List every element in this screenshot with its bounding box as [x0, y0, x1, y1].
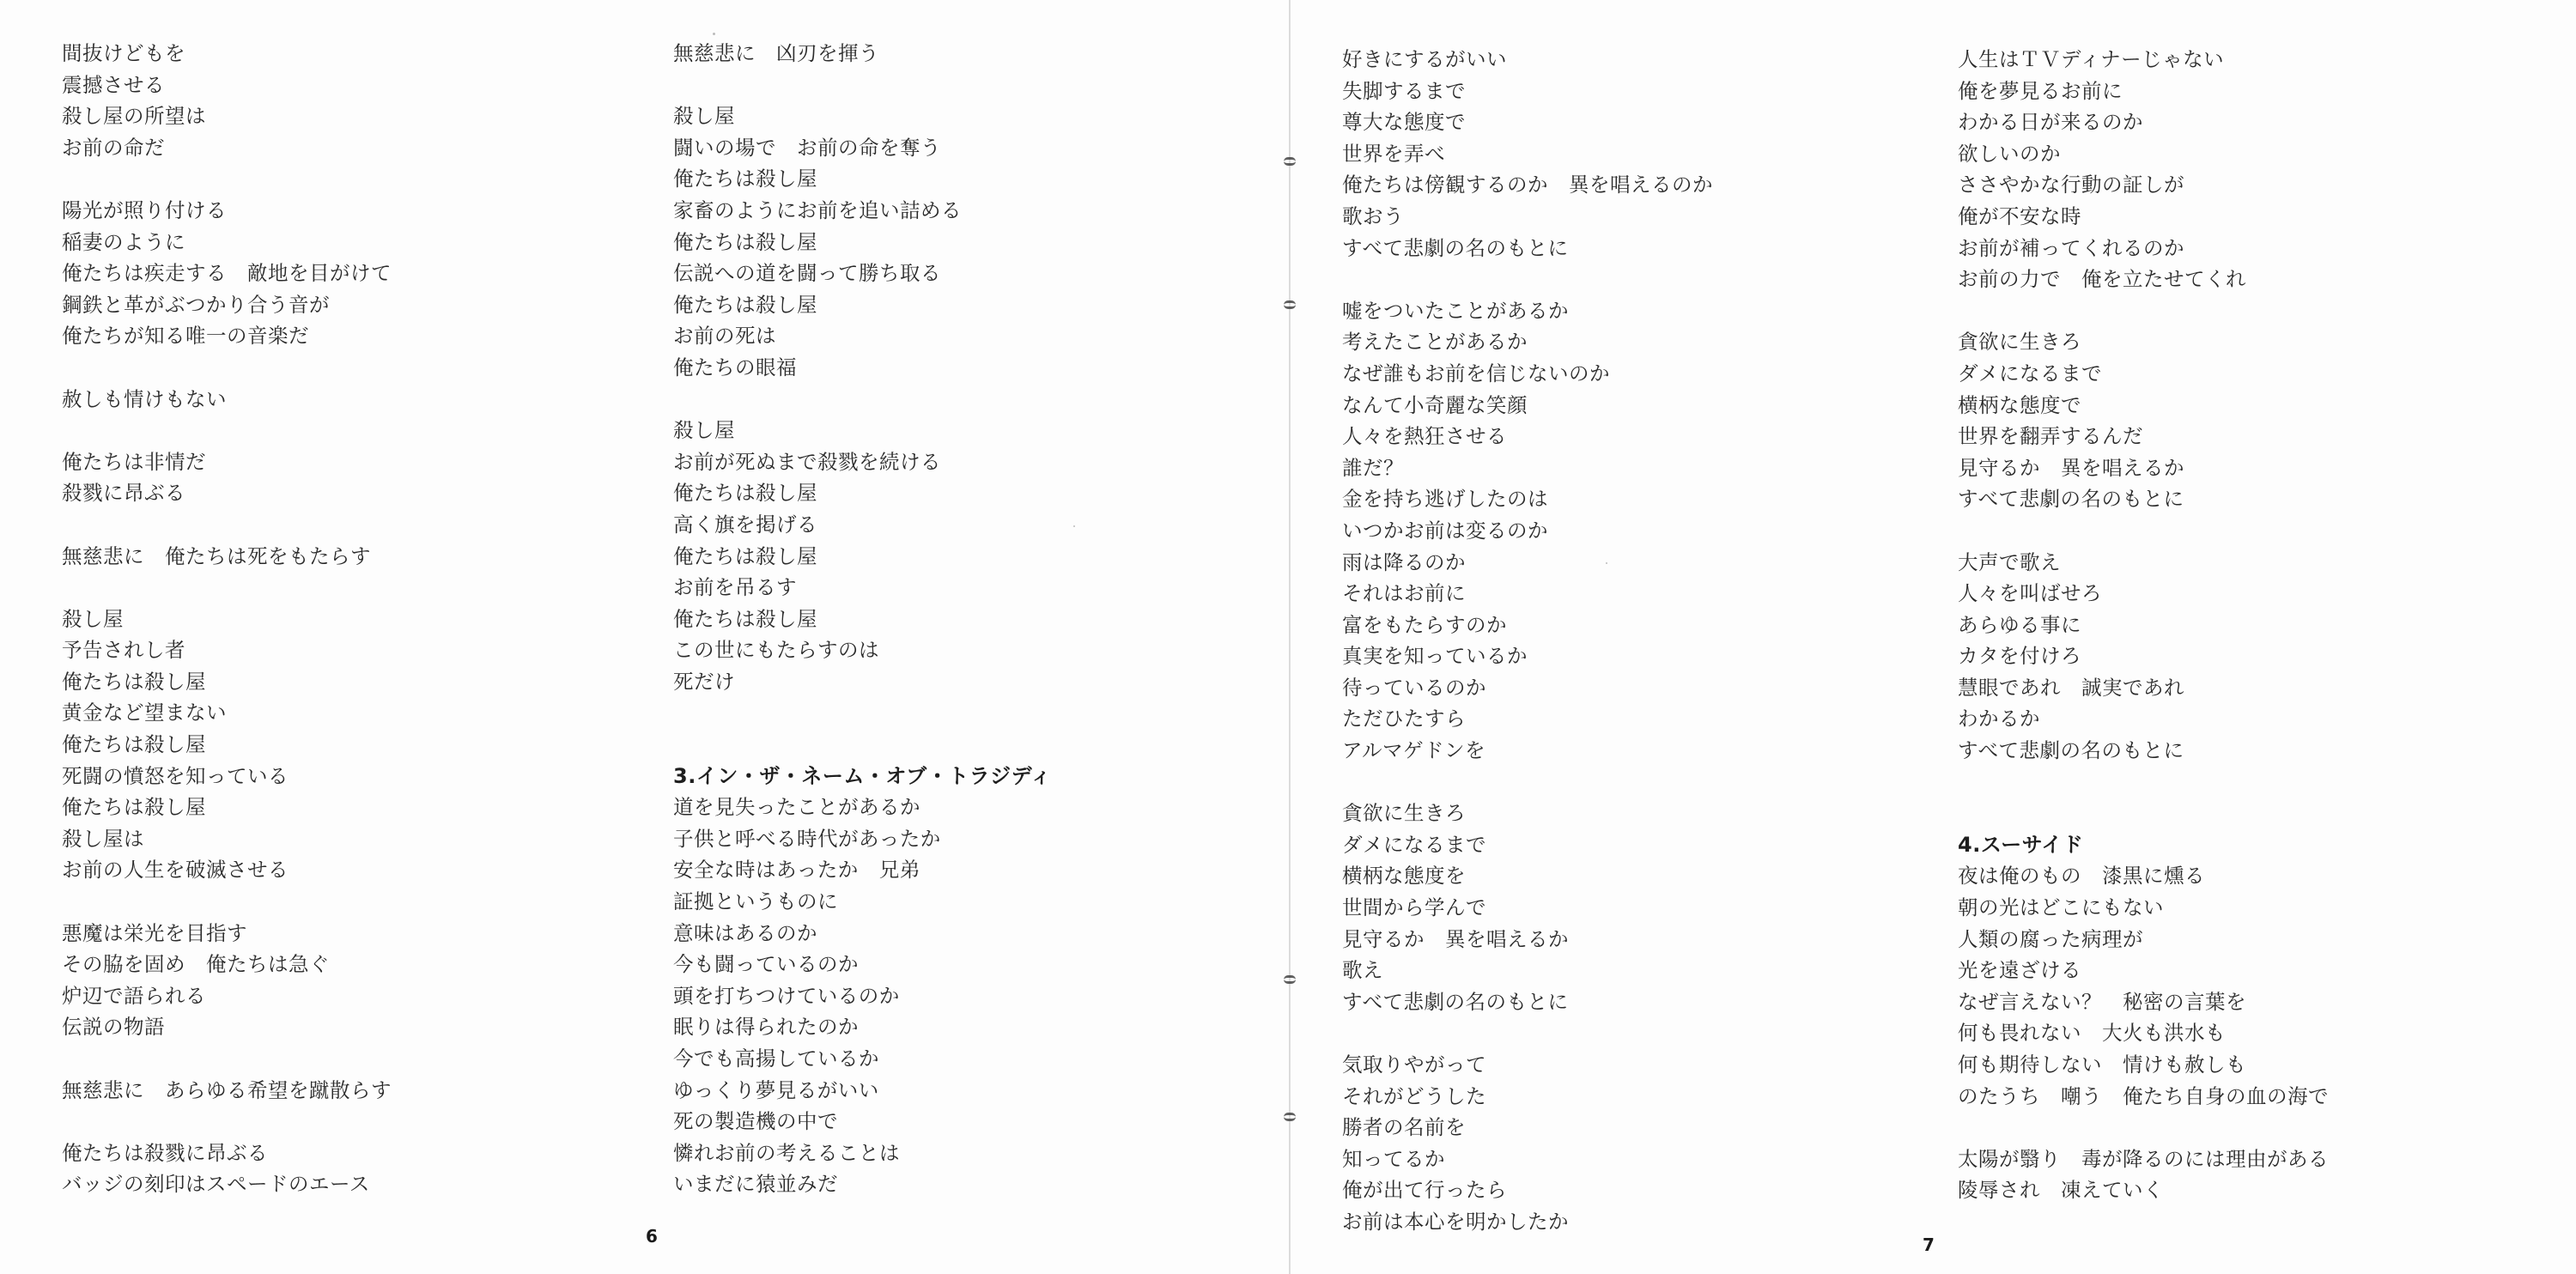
lyric-line: 貪欲に生きろ: [1958, 326, 2329, 358]
lyric-line: 尊大な態度で: [1342, 106, 1713, 138]
lyric-line: 殺し屋: [673, 100, 1052, 132]
lyric-line: 世界を翻弄するんだ: [1958, 421, 2329, 452]
lyric-line: 何も期待しない 情けも赦しも: [1958, 1049, 2329, 1081]
page-number: 6: [646, 1226, 658, 1247]
lyric-line: 間抜けどもを: [62, 38, 392, 70]
lyric-line: 道を見失ったことがあるか: [673, 792, 1052, 823]
lyric-line: 俺たちは非情だ: [62, 446, 392, 478]
staple-icon: [1284, 975, 1296, 984]
lyric-line: 欲しいのか: [1958, 138, 2329, 170]
lyric-line: お前は本心を明かしたか: [1342, 1206, 1713, 1238]
print-speck: [713, 33, 715, 35]
lyric-line: お前が死ぬまで殺戮を続ける: [673, 446, 1052, 478]
staple-icon: [1284, 1113, 1296, 1121]
lyric-line: 頭を打ちつけているのか: [673, 980, 1052, 1012]
lyric-line: 待っているのか: [1342, 672, 1713, 704]
lyric-line: 歌え: [1342, 955, 1713, 986]
lyric-line: 震撼させる: [62, 70, 392, 101]
lyric-line: 歌おう: [1342, 201, 1713, 233]
lyrics-column-1: 間抜けどもを 震撼させる 殺し屋の所望は お前の命だ 陽光が照り付ける 稲妻のよ…: [62, 38, 392, 1200]
lyric-line: 失脚するまで: [1342, 76, 1713, 107]
lyric-line: 殺し屋: [62, 604, 392, 635]
lyric-line: 赦しも情けもない: [62, 384, 392, 416]
page-number: 7: [1923, 1235, 1935, 1255]
lyric-line: 雨は降るのか: [1342, 547, 1713, 579]
lyric-line: 横柄な態度で: [1958, 390, 2329, 422]
lyric-line: 人々を叫ばせろ: [1958, 578, 2329, 610]
song-title-3: 3.イン・ザ・ネーム・オブ・トラジディ: [673, 761, 1052, 792]
lyric-line: 夜は俺のもの 漆黒に燻る: [1958, 860, 2329, 892]
lyric-line: 俺たちは殺し屋: [673, 477, 1052, 509]
lyric-line: 俺たちは殺し屋: [673, 163, 1052, 195]
lyric-line: 人生はＴＶディナーじゃない: [1958, 44, 2329, 76]
lyric-line: 俺たちは殺し屋: [673, 289, 1052, 321]
lyric-line: 何も畏れない 大火も洪水も: [1958, 1017, 2329, 1049]
lyric-line: 殺し屋の所望は: [62, 100, 392, 132]
lyric-line: いまだに猿並みだ: [673, 1168, 1052, 1200]
lyric-line: アルマゲドンを: [1342, 735, 1713, 767]
lyrics-column-3: 好きにするがいい 失脚するまで 尊大な態度で 世界を弄べ 俺たちは傍観するのか …: [1342, 44, 1713, 1238]
lyric-line: 人々を熱狂させる: [1342, 421, 1713, 452]
lyric-line: 嘘をついたことがあるか: [1342, 295, 1713, 327]
lyric-line: 慧眼であれ 誠実であれ: [1958, 672, 2329, 704]
lyric-line: お前が補ってくれるのか: [1958, 233, 2329, 264]
lyric-line: 俺が出て行ったら: [1342, 1174, 1713, 1206]
lyric-line: ダメになるまで: [1958, 358, 2329, 390]
lyric-line: のたうち 嘲う 俺たち自身の血の海で: [1958, 1081, 2329, 1113]
lyric-line: その脇を固め 俺たちは急ぐ: [62, 949, 392, 980]
lyric-line: 俺たちの眼福: [673, 352, 1052, 384]
print-speck: [1606, 562, 1607, 564]
lyric-line: すべて悲劇の名のもとに: [1958, 735, 2329, 767]
lyric-line: 横柄な態度を: [1342, 860, 1713, 892]
lyric-line: なぜ言えない？ 秘密の言葉を: [1958, 986, 2329, 1018]
lyric-line: 死闘の憤怒を知っている: [62, 761, 392, 792]
lyrics-column-4: 人生はＴＶディナーじゃない 俺を夢見るお前に わかる日が来るのか 欲しいのか さ…: [1958, 44, 2329, 1206]
lyric-line: それはお前に: [1342, 578, 1713, 610]
lyric-line: バッジの刻印はスペードのエース: [62, 1168, 392, 1200]
lyric-line: 高く旗を掲げる: [673, 509, 1052, 541]
lyric-line: 炉辺で語られる: [62, 980, 392, 1012]
lyric-line: それがどうした: [1342, 1081, 1713, 1113]
lyric-line: 家畜のようにお前を追い詰める: [673, 195, 1052, 227]
print-speck: [1073, 525, 1075, 527]
lyric-line: 知ってるか: [1342, 1144, 1713, 1175]
lyric-line: すべて悲劇の名のもとに: [1342, 986, 1713, 1018]
lyric-line: 世間から学んで: [1342, 892, 1713, 924]
lyric-line: 闘いの場で お前の命を奪う: [673, 132, 1052, 164]
lyric-line: 死だけ: [673, 666, 1052, 698]
lyric-line: お前の死は: [673, 320, 1052, 352]
song-title-4: 4.スーサイド: [1958, 829, 2329, 861]
lyric-line: 悪魔は栄光を目指す: [62, 918, 392, 949]
lyric-line: お前の力で 俺を立たせてくれ: [1958, 264, 2329, 295]
lyric-line: なぜ誰もお前を信じないのか: [1342, 358, 1713, 390]
lyric-line: 大声で歌え: [1958, 547, 2329, 579]
lyric-line: 俺たちは殺し屋: [62, 729, 392, 761]
lyric-line: 今でも高揚しているか: [673, 1043, 1052, 1075]
lyric-line: 陽光が照り付ける: [62, 195, 392, 227]
lyric-line: 黄金など望まない: [62, 697, 392, 729]
lyric-line: 俺たちは殺戮に昂ぶる: [62, 1137, 392, 1169]
lyric-line: お前を吊るす: [673, 572, 1052, 604]
lyric-line: 気取りやがって: [1342, 1049, 1713, 1081]
lyric-line: 勝者の名前を: [1342, 1112, 1713, 1144]
lyric-line: この世にもたらすのは: [673, 634, 1052, 666]
lyric-line: 俺たちが知る唯一の音楽だ: [62, 320, 392, 352]
lyric-line: 殺し屋: [673, 415, 1052, 446]
lyric-line: 伝説の物語: [62, 1011, 392, 1043]
staple-icon: [1284, 157, 1296, 166]
lyric-line: 好きにするがいい: [1342, 44, 1713, 76]
lyric-line: なんて小奇麗な笑顔: [1342, 390, 1713, 422]
lyric-line: 鋼鉄と革がぶつかり合う音が: [62, 289, 392, 321]
lyric-line: ただひたすら: [1342, 703, 1713, 735]
lyric-line: 伝説への道を闘って勝ち取る: [673, 258, 1052, 289]
lyric-line: 安全な時はあったか 兄弟: [673, 854, 1052, 886]
lyric-line: 俺たちは殺し屋: [673, 227, 1052, 258]
lyric-line: 俺たちは殺し屋: [673, 604, 1052, 635]
lyric-line: 俺が不安な時: [1958, 201, 2329, 233]
lyric-line: 意味はあるのか: [673, 918, 1052, 949]
lyric-line: 子供と呼べる時代があったか: [673, 823, 1052, 855]
lyric-line: 人類の腐った病理が: [1958, 924, 2329, 955]
lyric-line: 死の製造機の中で: [673, 1106, 1052, 1137]
lyric-line: 富をもたらすのか: [1342, 610, 1713, 641]
lyric-line: ゆっくり夢見るがいい: [673, 1075, 1052, 1107]
lyric-line: 金を持ち逃げしたのは: [1342, 483, 1713, 515]
lyric-line: ダメになるまで: [1342, 829, 1713, 861]
lyric-line: わかるか: [1958, 703, 2329, 735]
lyric-line: 稲妻のように: [62, 227, 392, 258]
lyric-line: 陵辱され 凍えていく: [1958, 1174, 2329, 1206]
lyric-line: 光を遠ざける: [1958, 955, 2329, 986]
lyric-line: 考えたことがあるか: [1342, 326, 1713, 358]
lyric-line: あらゆる事に: [1958, 610, 2329, 641]
lyrics-column-2: 無慈悲に 凶刃を揮う 殺し屋 闘いの場で お前の命を奪う 俺たちは殺し屋 家畜の…: [673, 38, 1052, 1200]
lyric-line: 殺戮に昂ぶる: [62, 477, 392, 509]
lyric-line: 世界を弄べ: [1342, 138, 1713, 170]
lyric-line: 俺たちは殺し屋: [673, 541, 1052, 573]
lyric-line: 今も闘っているのか: [673, 949, 1052, 980]
lyric-line: お前の命だ: [62, 132, 392, 164]
lyric-line: 殺し屋は: [62, 823, 392, 855]
lyric-line: 俺たちは殺し屋: [62, 666, 392, 698]
lyric-line: 証拠というものに: [673, 886, 1052, 918]
center-fold: [1289, 0, 1291, 1274]
lyric-line: 俺たちは疾走する 敵地を目がけて: [62, 258, 392, 289]
lyric-line: 俺たちは傍観するのか 異を唱えるのか: [1342, 169, 1713, 201]
lyric-line: 見守るか 異を唱えるか: [1342, 924, 1713, 955]
lyric-line: 太陽が翳り 毒が降るのには理由がある: [1958, 1144, 2329, 1175]
lyric-line: 眠りは得られたのか: [673, 1011, 1052, 1043]
lyric-line: 無慈悲に 凶刃を揮う: [673, 38, 1052, 70]
lyric-line: 誰だ？: [1342, 452, 1713, 484]
staple-icon: [1284, 300, 1296, 309]
lyric-line: 憐れお前の考えることは: [673, 1137, 1052, 1169]
lyric-line: お前の人生を破滅させる: [62, 854, 392, 886]
lyric-line: カタを付けろ: [1958, 640, 2329, 672]
lyric-line: 朝の光はどこにもない: [1958, 892, 2329, 924]
lyric-line: すべて悲劇の名のもとに: [1342, 233, 1713, 264]
lyric-line: いつかお前は変るのか: [1342, 515, 1713, 547]
lyric-line: 真実を知っているか: [1342, 640, 1713, 672]
booklet-spread: 間抜けどもを 震撼させる 殺し屋の所望は お前の命だ 陽光が照り付ける 稲妻のよ…: [0, 0, 2576, 1274]
lyric-line: 貪欲に生きろ: [1342, 798, 1713, 829]
lyric-line: わかる日が来るのか: [1958, 106, 2329, 138]
lyric-line: 俺たちは殺し屋: [62, 792, 392, 823]
lyric-line: すべて悲劇の名のもとに: [1958, 483, 2329, 515]
lyric-line: 見守るか 異を唱えるか: [1958, 452, 2329, 484]
lyric-line: 無慈悲に あらゆる希望を蹴散らす: [62, 1075, 392, 1107]
lyric-line: ささやかな行動の証しが: [1958, 169, 2329, 201]
lyric-line: 予告されし者: [62, 634, 392, 666]
lyric-line: 俺を夢見るお前に: [1958, 76, 2329, 107]
lyric-line: 無慈悲に 俺たちは死をもたらす: [62, 541, 392, 573]
